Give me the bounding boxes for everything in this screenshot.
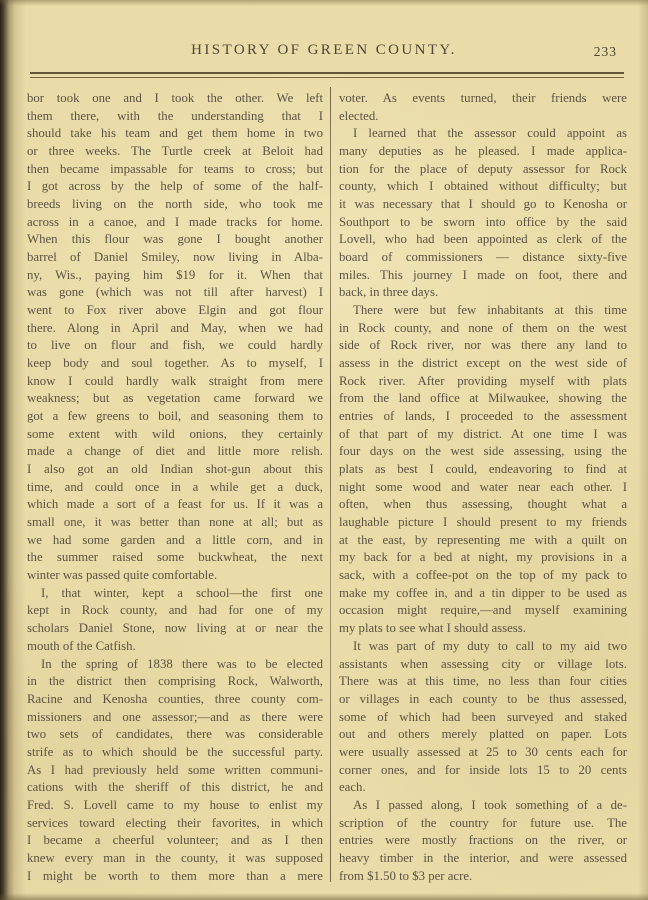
text-line: know I could hardly walk straight from m… bbox=[27, 373, 323, 391]
scan-gutter-shadow-left bbox=[0, 0, 26, 900]
text-line: Rock river. After providing myself with … bbox=[339, 373, 627, 391]
text-line: It was part of my duty to call to my aid… bbox=[339, 638, 627, 656]
text-line: voter. As events turned, their friends w… bbox=[339, 90, 627, 108]
text-line: ny, Wis., paying him $19 for it. When th… bbox=[27, 267, 323, 285]
text-column-left: bor took one and I took the other. We le… bbox=[27, 90, 323, 885]
page-number: 233 bbox=[594, 44, 617, 60]
text-line: services toward electing their favorites… bbox=[27, 815, 323, 833]
text-line: breeds living on the north side, who too… bbox=[27, 196, 323, 214]
text-line: missioners and one assessor;—and as ther… bbox=[27, 709, 323, 727]
text-line: scription of the country for future use.… bbox=[339, 815, 627, 833]
text-line: got a few greens to boil, and seasoning … bbox=[27, 408, 323, 426]
text-line: There were but few inhabitants at this t… bbox=[339, 302, 627, 320]
text-line: In the spring of 1838 there was to be el… bbox=[27, 656, 323, 674]
text-line: occasion might require,—and myself exami… bbox=[339, 602, 627, 620]
text-line: scholars Daniel Stone, now living at or … bbox=[27, 620, 323, 638]
text-line: I might be worth to them more than a mer… bbox=[27, 868, 323, 886]
text-line: out and others merely platted on paper. … bbox=[339, 726, 627, 744]
text-line: keep body and soul together. As to mysel… bbox=[27, 355, 323, 373]
scan-edge-shadow-bottom bbox=[0, 893, 648, 900]
text-line: county, which I obtained without difficu… bbox=[339, 178, 627, 196]
text-line: Fred. S. Lovell came to my house to enli… bbox=[27, 797, 323, 815]
text-line: corner ones, and for inside lots 15 to 2… bbox=[339, 762, 627, 780]
text-line: were usually assessed at 25 to 30 cents … bbox=[339, 744, 627, 762]
scanned-book-page: HISTORY OF GREEN COUNTY. 233 bor took on… bbox=[0, 0, 648, 900]
text-line: weakness; but as vegetation came forward… bbox=[27, 390, 323, 408]
scan-edge-shadow-top bbox=[0, 0, 648, 6]
text-line: knew every man in the county, it was sup… bbox=[27, 850, 323, 868]
text-line: board of commissioners — distance sixty-… bbox=[339, 249, 627, 267]
text-line: small one, it was better than none at al… bbox=[27, 514, 323, 532]
text-line: or three weeks. The Turtle creek at Belo… bbox=[27, 143, 323, 161]
text-line: mouth of the Catfish. bbox=[27, 638, 323, 656]
text-line: them there, with the understanding that … bbox=[27, 108, 323, 126]
text-line: my back for a bed at night, my provision… bbox=[339, 549, 627, 567]
text-line: bor took one and I took the other. We le… bbox=[27, 90, 323, 108]
header-rule bbox=[30, 72, 624, 78]
text-line: we had some garden and a little corn, an… bbox=[27, 532, 323, 550]
text-line: or villages in each county to be thus as… bbox=[339, 691, 627, 709]
text-line: I learned that the assessor could appoin… bbox=[339, 125, 627, 143]
text-line: across in a canoe, and I made tracks for… bbox=[27, 214, 323, 232]
text-line: As I passed along, I took something of a… bbox=[339, 797, 627, 815]
text-line: cations with the sheriff of this distric… bbox=[27, 779, 323, 797]
text-line: back, in three days. bbox=[339, 284, 627, 302]
text-line: strife as to which should be the success… bbox=[27, 744, 323, 762]
text-line: two sets of candidates, there was consid… bbox=[27, 726, 323, 744]
text-line: Racine and Kenosha counties, three count… bbox=[27, 691, 323, 709]
text-line: which made a sort of a feast for us. If … bbox=[27, 496, 323, 514]
text-line: There was at this time, no less than fou… bbox=[339, 673, 627, 691]
text-line: often, when thus assessing, thought what… bbox=[339, 496, 627, 514]
text-line: my plats to see what I should assess. bbox=[339, 620, 627, 638]
text-line: in the district then comprising Rock, Wa… bbox=[27, 673, 323, 691]
text-line: I also got an old Indian shot-gun about … bbox=[27, 461, 323, 479]
page-header-title: HISTORY OF GREEN COUNTY. bbox=[0, 42, 648, 59]
text-line: laughable picture I should present to my… bbox=[339, 514, 627, 532]
text-line: there. Along in April and May, when we h… bbox=[27, 320, 323, 338]
text-line: many deputies as he pleased. I made appl… bbox=[339, 143, 627, 161]
header-rule-thick-line bbox=[30, 72, 624, 74]
text-line: at the east, by representing me with a q… bbox=[339, 532, 627, 550]
text-line: kept in Rock county, and had for one of … bbox=[27, 602, 323, 620]
text-line: it was necessary that I should go to Ken… bbox=[339, 196, 627, 214]
text-line: some of which had been surveyed and stak… bbox=[339, 709, 627, 727]
text-line: time, and could once in a while get a du… bbox=[27, 479, 323, 497]
text-line: should take his team and get them home i… bbox=[27, 125, 323, 143]
text-line: I, that winter, kept a school—the first … bbox=[27, 585, 323, 603]
text-line: sack, with a coffee-pot on the top of my… bbox=[339, 567, 627, 585]
text-line: night some wood and water near each othe… bbox=[339, 479, 627, 497]
text-line: As I had previously held some written co… bbox=[27, 762, 323, 780]
text-line: When this flour was gone I bought anothe… bbox=[27, 231, 323, 249]
text-line: elected. bbox=[339, 108, 627, 126]
column-divider-rule bbox=[330, 87, 331, 882]
text-line: I became a cheerful volunteer; and as I … bbox=[27, 832, 323, 850]
text-line: from the land office at Milwaukee, showi… bbox=[339, 390, 627, 408]
text-line: was gone (which was not till after harve… bbox=[27, 284, 323, 302]
text-line: winter was passed quite comfortable. bbox=[27, 567, 323, 585]
text-line: then became impassable for teams to cros… bbox=[27, 161, 323, 179]
text-line: in Rock county, and none of them on the … bbox=[339, 320, 627, 338]
text-line: the summer raised some buckwheat, the ne… bbox=[27, 549, 323, 567]
text-line: from $1.50 to $3 per acre. bbox=[339, 868, 627, 886]
scan-edge-shadow-right bbox=[638, 0, 648, 900]
header-rule-thin-line bbox=[30, 77, 624, 78]
text-line: some extent with wild onions, they certa… bbox=[27, 426, 323, 444]
text-column-right: voter. As events turned, their friends w… bbox=[339, 90, 627, 885]
text-line: plats as best I could, endeavoring to fi… bbox=[339, 461, 627, 479]
text-line: Southport to be sworn into office by the… bbox=[339, 214, 627, 232]
text-line: Lovell, who had been appointed as clerk … bbox=[339, 231, 627, 249]
text-line: each. bbox=[339, 779, 627, 797]
text-line: made a change of diet and little more re… bbox=[27, 443, 323, 461]
text-line: went to Fox river above Elgin and got fl… bbox=[27, 302, 323, 320]
text-line: heavy timber in the interior, and were a… bbox=[339, 850, 627, 868]
text-line: four days on the west side assessing, us… bbox=[339, 443, 627, 461]
text-line: assistants when assessing city or villag… bbox=[339, 656, 627, 674]
text-line: make my coffee in, and a tin dipper to b… bbox=[339, 585, 627, 603]
text-line: tion for the place of deputy assessor fo… bbox=[339, 161, 627, 179]
text-line: barrel of Daniel Smiley, now living in A… bbox=[27, 249, 323, 267]
text-line: of that part of my district. At one time… bbox=[339, 426, 627, 444]
text-line: to live on flour and fish, we could hard… bbox=[27, 337, 323, 355]
text-line: entries of lands, I proceeded to the ass… bbox=[339, 408, 627, 426]
text-line: entries were mostly fractions on the riv… bbox=[339, 832, 627, 850]
text-line: miles. This journey I made on foot, ther… bbox=[339, 267, 627, 285]
text-line: assess in the district except on the wes… bbox=[339, 355, 627, 373]
text-line: side of Rock river, nor was there any la… bbox=[339, 337, 627, 355]
text-line: I got across by the help of some of the … bbox=[27, 178, 323, 196]
